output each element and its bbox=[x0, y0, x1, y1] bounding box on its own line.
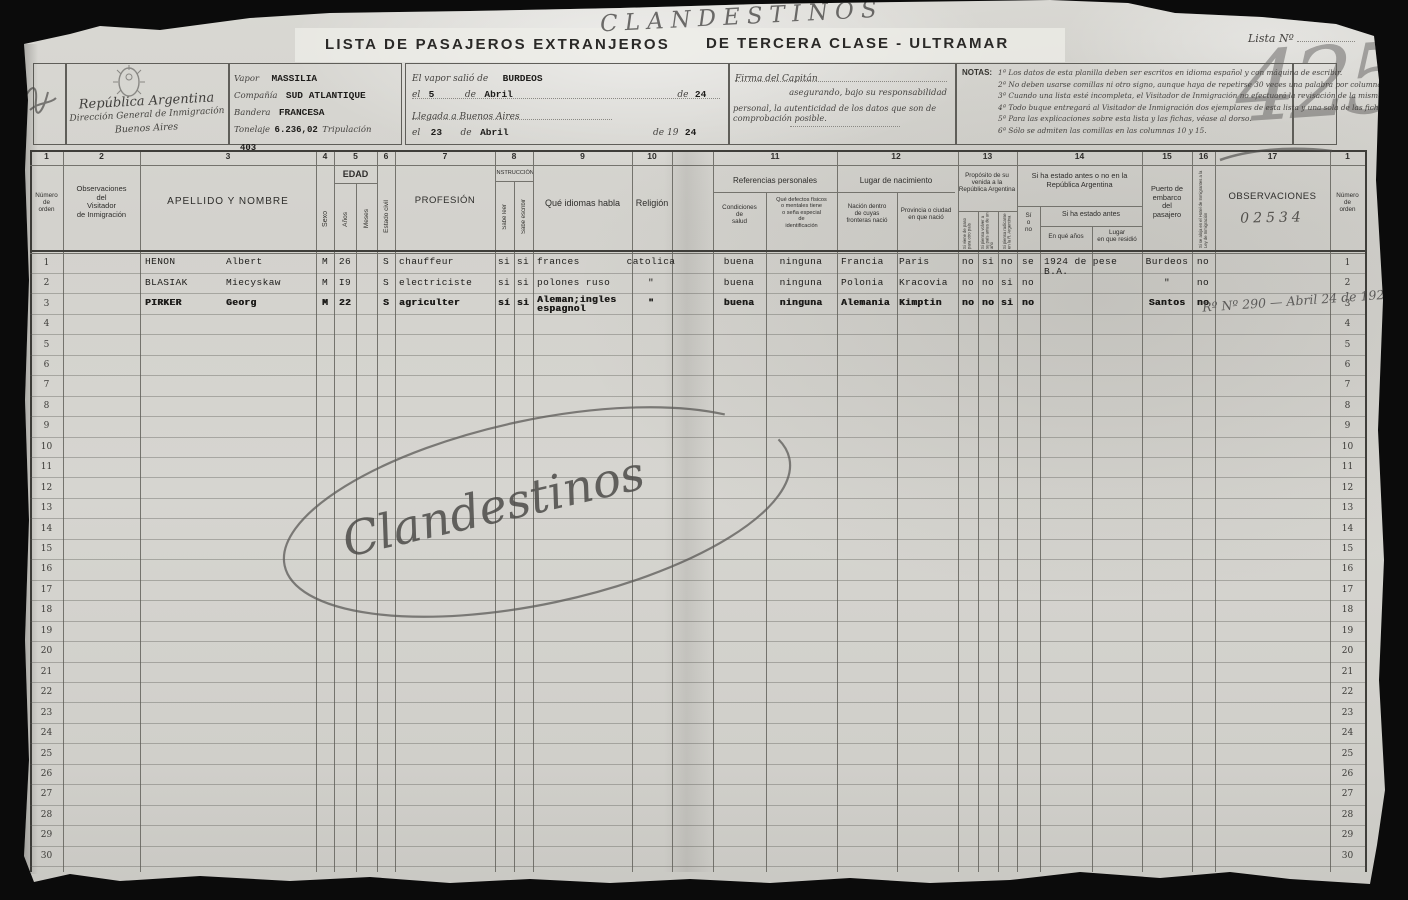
table-cell-health: buena bbox=[709, 257, 769, 267]
col-header-profesion: PROFESIÓN bbox=[395, 196, 495, 207]
grid-line bbox=[1365, 150, 1367, 872]
captain-label-row: Firma del Capitán bbox=[735, 68, 947, 82]
captain-line2: asegurando, bajo su responsabilidad bbox=[735, 88, 947, 98]
col-header-meses: Meses bbox=[356, 190, 377, 248]
row-number: 5 bbox=[1330, 340, 1365, 350]
row-number: 30 bbox=[1330, 851, 1365, 861]
dep-year: 24 bbox=[695, 89, 706, 100]
tripulacion-label: Tripulación bbox=[322, 125, 371, 135]
nota-item: 4ª Todo buque entregará al Visitador de … bbox=[998, 102, 1298, 114]
column-number: 11 bbox=[713, 152, 837, 162]
row-number: 1 bbox=[1330, 258, 1365, 268]
column-number: 15 bbox=[1142, 152, 1192, 162]
table-cell-defects: ninguna bbox=[771, 298, 831, 308]
dep-day: 5 bbox=[429, 89, 435, 100]
column-number: 2 bbox=[63, 152, 140, 162]
col-header-nacion: Nación dentro de cuyas fronteras nació bbox=[837, 203, 897, 224]
departed-label: El vapor salió de bbox=[412, 74, 488, 84]
column-number: 4 bbox=[316, 152, 334, 162]
nota-item: 2ª No deben usarse comillas ni otro sign… bbox=[998, 79, 1298, 91]
col-header-instruccion: INSTRUCCIÓN bbox=[495, 170, 533, 176]
de-label: de bbox=[465, 90, 476, 100]
table-cell-nation: Francia bbox=[841, 257, 896, 267]
row-number: 14 bbox=[1330, 524, 1365, 534]
sabe-leer-vertical-label: Sabe leer bbox=[502, 204, 508, 230]
col-header-edad: EDAD bbox=[334, 169, 377, 179]
grid-line bbox=[958, 211, 1017, 212]
column-number: 16 bbox=[1192, 152, 1215, 162]
page-title-right: DE TERCERA CLASE - ULTRAMAR bbox=[706, 35, 1009, 52]
column-number: 3 bbox=[140, 152, 316, 162]
column-number: 8 bbox=[495, 152, 533, 162]
row-number: 4 bbox=[1330, 319, 1365, 329]
hotel-vertical-label: Si se aloja en el Hotel de Inmigrantes a… bbox=[1199, 168, 1209, 248]
row-number: 11 bbox=[1330, 462, 1365, 472]
row-number: 9 bbox=[1330, 421, 1365, 431]
col-header-hotel-inmigrantes: Si se aloja en el Hotel de Inmigrantes a… bbox=[1192, 168, 1215, 248]
row-number: 12 bbox=[1330, 483, 1365, 493]
arr-el-label: el bbox=[412, 128, 420, 138]
column-number: 12 bbox=[837, 152, 955, 162]
tonelaje-value: 6.236,02 bbox=[275, 125, 318, 135]
compania-label: Compañía bbox=[234, 91, 277, 101]
column-number: 14 bbox=[1017, 152, 1142, 162]
proposito-sub2-vertical: Si piensa volver a su país antes de un a… bbox=[981, 212, 995, 249]
row-number: 20 bbox=[1330, 646, 1365, 656]
row-number: 23 bbox=[1330, 708, 1365, 718]
departed-port: BURDEOS bbox=[503, 73, 543, 84]
nota-item: 5ª Para las explicaciones sobre esta lis… bbox=[998, 113, 1298, 125]
grid-line bbox=[713, 192, 837, 193]
row-number: 18 bbox=[1330, 605, 1365, 615]
estado-civil-vertical-label: Estado civil bbox=[383, 200, 390, 233]
departure-date-row: el 5 de Abril de 24 bbox=[412, 84, 720, 99]
col-header-observaciones: OBSERVACIONES bbox=[1215, 192, 1330, 203]
col-header-defectos: Qué defectos físicos o mentales tiene o … bbox=[766, 197, 837, 229]
nota-item: 6ª Sólo se admiten las comillas en las c… bbox=[998, 125, 1298, 137]
arrival-date-row: el 23 de Abril de 19 24 bbox=[412, 122, 720, 140]
row-number: 26 bbox=[1330, 769, 1365, 779]
compania-value: SUD ATLANTIQUE bbox=[286, 90, 366, 101]
row-number: 27 bbox=[1330, 789, 1365, 799]
notas-label: NOTAS: bbox=[962, 68, 992, 77]
col-header-lugar-nacimiento: Lugar de nacimiento bbox=[837, 176, 955, 185]
table-cell-surname: BLASIAK bbox=[145, 278, 225, 288]
col-header-proposito: Propósito de su venida a la República Ar… bbox=[956, 172, 1018, 194]
col-header-observaciones-visitador: Observaciones del Visitador de Inmigraci… bbox=[63, 185, 140, 220]
table-cell-nation: Polonia bbox=[841, 278, 896, 288]
table-cell-been: no bbox=[998, 278, 1058, 288]
table-cell-surname: PIRKER bbox=[145, 298, 225, 308]
row-number: 2 bbox=[1330, 278, 1365, 288]
meses-vertical-label: Meses bbox=[363, 209, 370, 228]
arr-month: Abril bbox=[480, 127, 509, 138]
table-cell-defects: ninguna bbox=[771, 278, 831, 288]
col-header-estado-civil: Estado civil bbox=[377, 185, 395, 248]
table-cell-surname: HENON bbox=[145, 257, 225, 267]
col-header-idiomas: Qué idiomas habla bbox=[533, 198, 632, 208]
page-title-left: LISTA DE PASAJEROS EXTRANJEROS bbox=[325, 36, 670, 53]
table-cell-defects: ninguna bbox=[771, 257, 831, 267]
arrival-label: Llegada a Buenos Aires bbox=[412, 112, 520, 122]
ship-bandera-row: Bandera FRANCESA bbox=[234, 102, 394, 120]
table-cell-been: no bbox=[998, 298, 1058, 308]
clandestinos-circle: Clandestinos bbox=[252, 382, 812, 652]
col-header-numero-orden-right: Número de orden bbox=[1330, 192, 1365, 214]
table-cell-languages: polones ruso bbox=[537, 278, 631, 288]
col-header-referencias-personales: Referencias personales bbox=[713, 176, 837, 185]
row-number: 8 bbox=[1330, 401, 1365, 411]
bandera-value: FRANCESA bbox=[279, 107, 325, 118]
table-cell-health: buena bbox=[709, 278, 769, 288]
ship-compania-row: Compañía SUD ATLANTIQUE bbox=[234, 85, 394, 103]
proposito-sub3-vertical: Si piensa radicarse en la R. Argentina bbox=[1003, 212, 1012, 249]
left-edge-shadow bbox=[24, 44, 38, 874]
scanned-document: LISTA DE PASAJEROS EXTRANJEROS DE TERCER… bbox=[0, 0, 1408, 900]
col-header-en-que-anos: En qué años bbox=[1040, 233, 1092, 240]
observaciones-stamp-number: 02534 bbox=[1215, 209, 1330, 227]
column-number: 13 bbox=[958, 152, 1017, 162]
column-number: 7 bbox=[395, 152, 495, 162]
col-header-proposito-sub3: Si piensa radicarse en la R. Argentina bbox=[998, 212, 1017, 249]
grid-line bbox=[334, 183, 377, 184]
vapor-value: MASSILIA bbox=[272, 73, 318, 84]
table-cell-languages: frances bbox=[537, 257, 631, 267]
row-number: 15 bbox=[1330, 544, 1365, 554]
paper-sheet: LISTA DE PASAJEROS EXTRANJEROS DE TERCER… bbox=[0, 0, 1408, 900]
row-number: 16 bbox=[1330, 564, 1365, 574]
pencil-strike-col17 bbox=[1218, 144, 1336, 166]
row-number: 7 bbox=[1330, 380, 1365, 390]
table-cell-health: buena bbox=[709, 298, 769, 308]
de19-label: de 19 bbox=[653, 128, 678, 138]
col-header-puerto-embarco: Puerto de embarco del pasajero bbox=[1142, 185, 1192, 219]
grid-line bbox=[1040, 226, 1142, 227]
arr-day: 23 bbox=[431, 127, 442, 138]
row-number: 10 bbox=[1330, 442, 1365, 452]
sexo-vertical-label: Sexo bbox=[322, 211, 329, 227]
proposito-sub1-vertical: Si viene de paso para otro país bbox=[963, 212, 972, 249]
col-header-si-ha-estado: Si ha estado antes bbox=[1040, 211, 1142, 219]
col-header-condiciones-salud: Condiciones de salud bbox=[713, 204, 766, 226]
row-number: 13 bbox=[1330, 503, 1365, 513]
col-header-provincia: Provincia o ciudad en que nació bbox=[897, 207, 955, 221]
row-number: 19 bbox=[1330, 626, 1365, 636]
row-number: 6 bbox=[1330, 360, 1365, 370]
col-header-estado-antes: Si ha estado antes o no en la República … bbox=[1017, 172, 1142, 189]
column-number: 5 bbox=[334, 152, 377, 162]
arrival-label-row: Llegada a Buenos Aires bbox=[412, 106, 612, 120]
column-number: 6 bbox=[377, 152, 395, 162]
de2-label: de bbox=[677, 90, 688, 100]
captain-label: Firma del Capitán bbox=[735, 74, 818, 84]
col-header-sexo: Sexo bbox=[316, 190, 334, 248]
table-cell-nation: Alemania bbox=[841, 298, 896, 308]
row-number: 22 bbox=[1330, 687, 1365, 697]
arr-year: 24 bbox=[685, 127, 696, 138]
sabe-escribir-vertical-label: Sabe escribir bbox=[521, 199, 527, 234]
col-header-proposito-sub2: Si piensa volver a su país antes de un a… bbox=[978, 212, 998, 249]
table-cell-c16: no bbox=[1173, 278, 1233, 288]
col-header-apellido-nombre: APELLIDO Y NOMBRE bbox=[140, 196, 316, 208]
row-number: 25 bbox=[1330, 749, 1365, 759]
row3-handwritten-note: Rº Nº 290 — Abril 24 de 1924 bbox=[1202, 284, 1408, 314]
grid-line bbox=[837, 192, 955, 193]
nota-item: 1ª Los datos de esta planilla deben ser … bbox=[998, 67, 1298, 79]
ship-vapor-row: Vapor MASSILIA bbox=[234, 68, 394, 86]
arr-de-label: de bbox=[461, 128, 472, 138]
grid-line bbox=[998, 211, 999, 872]
dep-month: Abril bbox=[484, 89, 513, 100]
vapor-label: Vapor bbox=[234, 74, 259, 84]
el-label: el bbox=[412, 90, 420, 100]
grid-line bbox=[978, 211, 979, 872]
row-number: 29 bbox=[1330, 830, 1365, 840]
col-header-anos: Años bbox=[334, 190, 356, 248]
tonelaje-label: Tonelaje bbox=[234, 125, 270, 135]
col-header-si-o-no: Sí o no bbox=[1017, 212, 1040, 234]
grid-line bbox=[1092, 226, 1093, 872]
nota-item: 3ª Cuando una lista esté incompleta, el … bbox=[998, 90, 1298, 102]
table-cell-languages: Aleman;ingles espagnol bbox=[537, 295, 631, 314]
row-number: 17 bbox=[1330, 585, 1365, 595]
table-cell-c16: no bbox=[1173, 257, 1233, 267]
fold-shadow bbox=[664, 150, 714, 872]
col-header-sabe-escribir: Sabe escribir bbox=[514, 186, 533, 248]
anos-vertical-label: Años bbox=[342, 212, 349, 227]
bandera-label: Bandera bbox=[234, 108, 270, 118]
row-number: 21 bbox=[1330, 667, 1365, 677]
col-header-lugar-residio: Lugar en que residió bbox=[1092, 229, 1142, 243]
table-cell-years_ba: 1924 de pese B.A. bbox=[1044, 257, 1140, 276]
row-number: 24 bbox=[1330, 728, 1365, 738]
row-number: 28 bbox=[1330, 810, 1365, 820]
column-number: 9 bbox=[533, 152, 632, 162]
grid-line bbox=[1017, 206, 1142, 207]
captain-signature-line bbox=[790, 118, 900, 127]
col-header-sabe-leer: Sabe leer bbox=[495, 186, 514, 248]
notas-list: 1ª Los datos de esta planilla deben ser … bbox=[998, 67, 1298, 137]
col-header-proposito-sub1: Si viene de paso para otro país bbox=[958, 212, 978, 249]
grid-line bbox=[495, 181, 533, 182]
